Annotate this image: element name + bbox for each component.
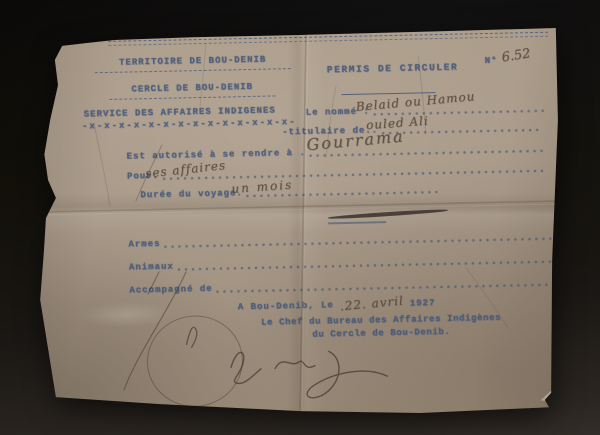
dotted-leader bbox=[177, 260, 553, 272]
field-arms-label: Armes bbox=[128, 239, 160, 251]
field-duration-label: Durée du voyage. bbox=[140, 188, 243, 201]
handwritten-date: .22. avril bbox=[339, 294, 404, 314]
permit-title: PERMIS DE CIRCULER bbox=[327, 62, 459, 76]
header-line-2: CERCLE DE BOU-DENIB bbox=[109, 81, 275, 99]
year-value: 1927 bbox=[410, 298, 436, 310]
header-line-1: TERRITOIRE DE BOU-DENIB bbox=[95, 54, 291, 73]
paper-document: TERRITOIRE DE BOU-DENIB CERCLE DE BOU-DE… bbox=[36, 26, 560, 415]
top-dashed-rule bbox=[108, 32, 548, 46]
photo-background: TERRITOIRE DE BOU-DENIB CERCLE DE BOU-DE… bbox=[0, 0, 600, 435]
signature-scribble bbox=[216, 336, 398, 416]
field-accompanied-label: Accompagné de bbox=[129, 284, 212, 297]
field-animals-label: Animaux bbox=[129, 262, 174, 274]
scuff-mark bbox=[78, 301, 175, 329]
dotted-leader bbox=[216, 283, 554, 294]
pen-flourish bbox=[178, 316, 209, 352]
place-date-label: A Bou-Denib, Le bbox=[238, 300, 334, 313]
document-content: TERRITOIRE DE BOU-DENIB CERCLE DE BOU-DE… bbox=[32, 21, 564, 421]
permit-number-label: N° bbox=[485, 56, 498, 67]
folded-corner bbox=[540, 386, 555, 401]
field-arms: Armes bbox=[128, 230, 552, 251]
permit-number-value: 6.52 bbox=[501, 46, 532, 65]
pen-stroke bbox=[328, 208, 448, 219]
field-accompanied: Accompagné de bbox=[129, 276, 553, 297]
field-animals: Animaux bbox=[129, 253, 553, 274]
short-blue-rule bbox=[328, 221, 386, 224]
date-line: A Bou-Denib, Le .22. avril 1927 bbox=[238, 295, 436, 313]
paper-shadow: TERRITOIRE DE BOU-DENIB CERCLE DE BOU-DE… bbox=[0, 0, 600, 435]
dotted-leader bbox=[163, 237, 552, 249]
